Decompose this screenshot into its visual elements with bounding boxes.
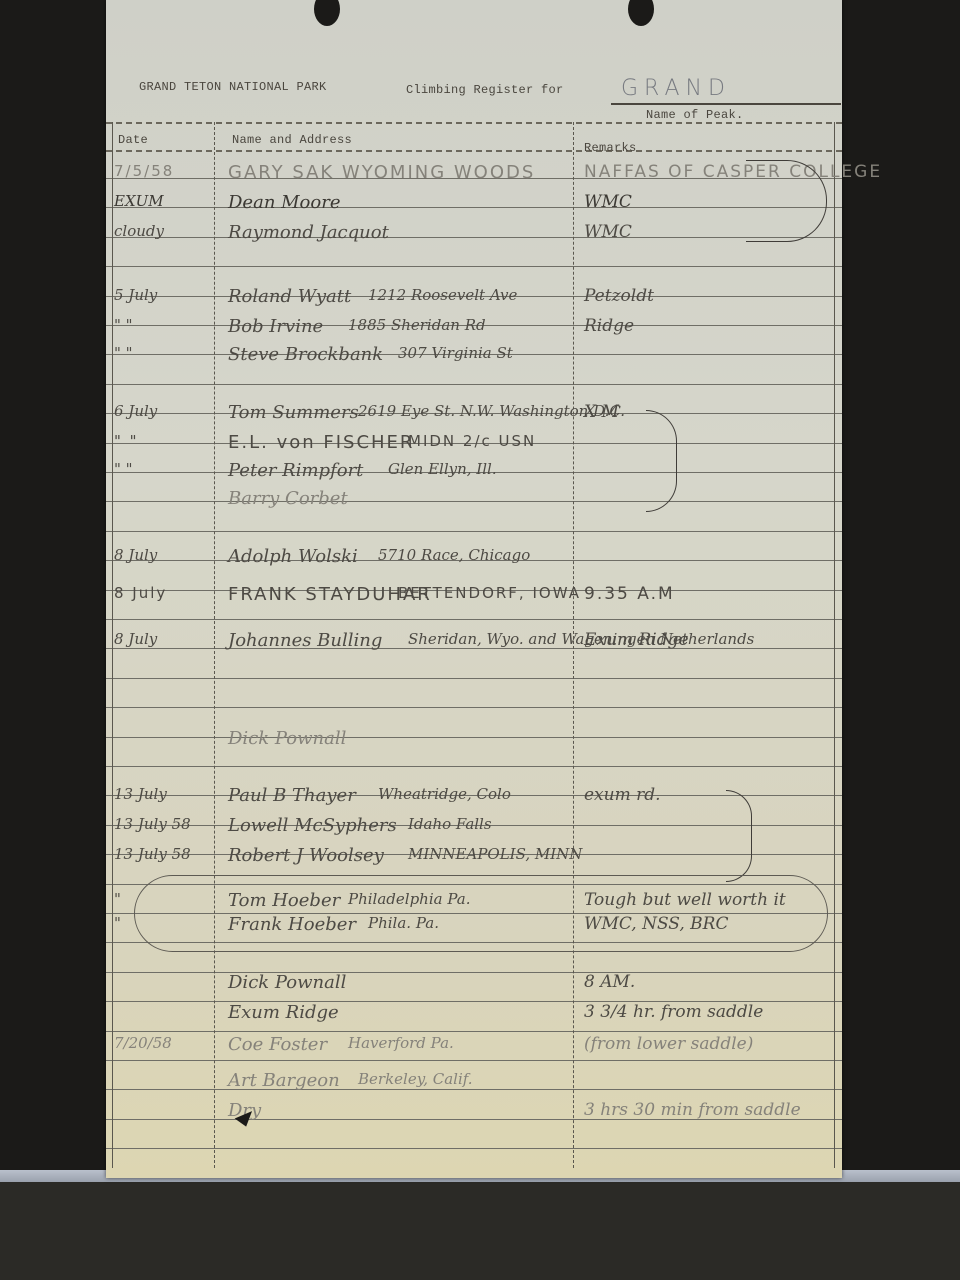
entry-name: GARY SAK WYOMING WOODS [228,162,535,183]
ruled-line [106,619,842,620]
entry-date: 8 July [114,584,167,602]
peak-caption: Name of Peak. [646,108,744,122]
ruled-line [106,207,842,208]
entry-date: " " [114,460,133,478]
entry-address: BETTENDORF, IOWA [398,584,581,602]
entry-name: Art Bargeon [228,1070,340,1091]
entry-remarks: 8 AM. [584,972,635,992]
entry-name: Steve Brockbank [228,344,383,365]
entry-date: " [114,914,121,932]
entry-remarks: 3 3/4 hr. from saddle [584,1002,763,1022]
backdrop [0,1182,960,1280]
entry-date: 7/20/58 [114,1034,172,1052]
entry-date: 8 July [114,546,157,564]
entry-name: Bob Irvine [228,316,323,337]
entry-name: E.L. von FISCHER [228,432,414,453]
ruled-line [106,648,842,649]
entry-address: 307 Virginia St [398,344,513,362]
ruled-line [106,266,842,267]
entry-address: MIDN 2/c USN [408,432,536,450]
register-sheet: GRAND TETON NATIONAL PARK Climbing Regis… [106,0,842,1178]
entry-address: Wheatridge, Colo [378,785,511,803]
column-header-date: Date [118,133,148,147]
entry-address: MINNEAPOLIS, MINN [408,845,582,863]
register-label: Climbing Register for [406,83,564,97]
entry-remarks: WMC [584,222,632,242]
ruled-line [106,1148,842,1149]
entry-date: 13 July [114,785,167,803]
ruled-line [106,1060,842,1061]
entry-name: Peter Rimpfort [228,460,363,481]
entry-name: Barry Corbet [228,488,348,509]
entry-address: 1212 Roosevelt Ave [368,286,517,304]
entry-date: 13 July 58 [114,815,191,833]
entry-date: " " [114,344,133,362]
ruled-line [106,707,842,708]
bracket-mark [746,160,827,242]
entry-remarks: 3 hrs 30 min from saddle [584,1100,801,1120]
header-rule [106,122,842,124]
peak-name: GRAND [621,76,731,101]
circled-entries [134,875,828,952]
entry-date: 13 July 58 [114,845,191,863]
peak-name-underline [611,103,841,105]
entry-name: Robert J Woolsey [228,845,384,866]
entry-name: Lowell McSyphers [228,815,397,836]
column-divider [112,122,113,1168]
ruled-line [106,678,842,679]
bracket-mark [726,790,752,882]
entry-name: Adolph Wolski [228,546,358,567]
punch-hole [628,0,654,26]
entry-name: Roland Wyatt [228,286,351,307]
entry-remarks: exum rd. [584,785,661,805]
ruled-line [106,737,842,738]
entry-date: cloudy [114,222,164,240]
ruled-line [106,531,842,532]
entry-remarks: WMC [584,192,632,212]
entry-date: EXUM [114,192,164,210]
entry-address: Glen Ellyn, Ill. [388,460,497,478]
entry-name: Dick Pownall [228,972,346,993]
entry-name: Dick Pownall [228,728,346,749]
entry-address: Haverford Pa. [348,1034,454,1052]
entry-name: Exum Ridge [228,1002,339,1023]
column-header-remarks: Remarks [584,141,637,155]
entry-remarks: Petzoldt [584,286,654,306]
ruled-line [106,766,842,767]
entry-address: 1885 Sheridan Rd [348,316,486,334]
entry-date: 8 July [114,630,157,648]
entry-name: Dean Moore [228,192,341,213]
header-rule [106,150,842,152]
entry-name: Johannes Bulling [228,630,382,651]
column-header-name: Name and Address [232,133,352,147]
ruled-line [106,972,842,973]
ruled-line [106,501,842,502]
entry-date: 5 July [114,286,157,304]
entry-address: Idaho Falls [408,815,492,833]
punch-hole [314,0,340,26]
entry-name: Tom Summers [228,402,359,423]
ruled-line [106,1031,842,1032]
entry-name: Coe Foster [228,1034,327,1055]
entry-remarks: X M [584,402,619,422]
entry-date: " " [114,432,139,450]
entry-remarks: Exum Ridge [584,630,689,650]
ruled-line [106,1089,842,1090]
column-divider [214,122,215,1168]
entry-date: " " [114,316,133,334]
entry-remarks: 9.35 A.M [584,584,675,604]
entry-date: 7/5/58 [114,162,174,180]
bracket-mark [646,410,677,512]
ruled-line [106,384,842,385]
entry-remarks: Ridge [584,316,634,336]
entry-name: Raymond Jacquot [228,222,389,243]
column-divider [834,122,835,1168]
entry-address: Berkeley, Calif. [358,1070,473,1088]
entry-name: Paul B Thayer [228,785,356,806]
entry-remarks: NAFFAS OF CASPER COLLEGE [584,162,882,182]
entry-date: 6 July [114,402,157,420]
ruled-line [106,237,842,238]
park-title: GRAND TETON NATIONAL PARK [139,80,327,94]
entry-address: 5710 Race, Chicago [378,546,530,564]
entry-date: " [114,890,121,908]
entry-remarks: (from lower saddle) [584,1034,753,1054]
entry-address: Sheridan, Wyo. and Wageningen Netherland… [408,630,754,648]
